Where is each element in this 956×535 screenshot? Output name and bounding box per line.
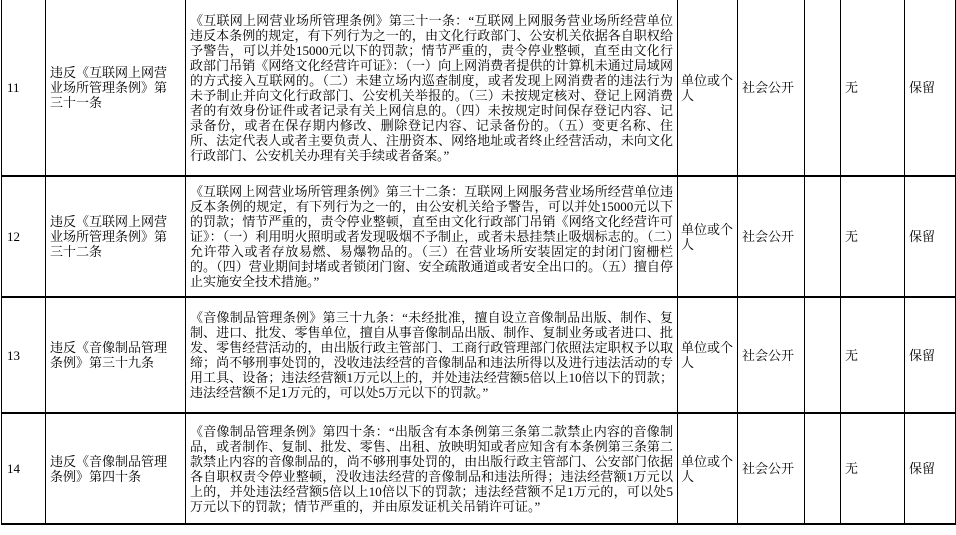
document-page: 11 违反《互联网上网营业场所管理条例》第三十一条 《互联网上网营业场所管理条例…	[0, 0, 956, 535]
spare-cell	[805, 176, 841, 297]
spare-cell	[805, 413, 841, 524]
table-row: 13 违反《音像制品管理条例》第三十九条 《音像制品管理条例》第三十九条：“未经…	[2, 297, 956, 413]
decision-cell: 保留	[905, 0, 956, 176]
penalty-table: 11 违反《互联网上网营业场所管理条例》第三十一条 《互联网上网营业场所管理条例…	[1, 0, 956, 525]
row-number-cell: 14	[2, 413, 46, 524]
penalty-target-cell: 单位或个人	[678, 176, 738, 297]
table-row: 12 违反《互联网上网营业场所管理条例》第三十二条 《互联网上网营业场所管理条例…	[2, 176, 956, 297]
violation-clause-cell: 违反《互联网上网营业场所管理条例》第三十二条	[46, 176, 186, 297]
row-number-cell: 13	[2, 297, 46, 413]
penalty-target-cell: 单位或个人	[678, 0, 738, 176]
legal-basis-cell: 《互联网上网营业场所管理条例》第三十一条：“互联网上网服务营业场所经营单位违反本…	[186, 0, 678, 176]
adjustment-cell: 无	[841, 297, 905, 413]
table-row: 11 违反《互联网上网营业场所管理条例》第三十一条 《互联网上网营业场所管理条例…	[2, 0, 956, 176]
decision-cell: 保留	[905, 413, 956, 524]
penalty-target-cell: 单位或个人	[678, 297, 738, 413]
decision-cell: 保留	[905, 176, 956, 297]
disclosure-cell: 社会公开	[738, 176, 805, 297]
row-number-cell: 11	[2, 0, 46, 176]
table-row: 14 违反《音像制品管理条例》第四十条 《音像制品管理条例》第四十条：“出版含有…	[2, 413, 956, 524]
disclosure-cell: 社会公开	[738, 297, 805, 413]
legal-basis-cell: 《互联网上网营业场所管理条例》第三十二条：互联网上网服务营业场所经营单位违反本条…	[186, 176, 678, 297]
disclosure-cell: 社会公开	[738, 0, 805, 176]
adjustment-cell: 无	[841, 0, 905, 176]
penalty-target-cell: 单位或个人	[678, 413, 738, 524]
spare-cell	[805, 297, 841, 413]
violation-clause-cell: 违反《互联网上网营业场所管理条例》第三十一条	[46, 0, 186, 176]
decision-cell: 保留	[905, 297, 956, 413]
legal-basis-cell: 《音像制品管理条例》第四十条：“出版含有本条例第三条第二款禁止内容的音像制品，或…	[186, 413, 678, 524]
adjustment-cell: 无	[841, 176, 905, 297]
spare-cell	[805, 0, 841, 176]
violation-clause-cell: 违反《音像制品管理条例》第三十九条	[46, 297, 186, 413]
legal-basis-cell: 《音像制品管理条例》第三十九条：“未经批准，擅自设立音像制品出版、制作、复制、进…	[186, 297, 678, 413]
disclosure-cell: 社会公开	[738, 413, 805, 524]
violation-clause-cell: 违反《音像制品管理条例》第四十条	[46, 413, 186, 524]
row-number-cell: 12	[2, 176, 46, 297]
adjustment-cell: 无	[841, 413, 905, 524]
